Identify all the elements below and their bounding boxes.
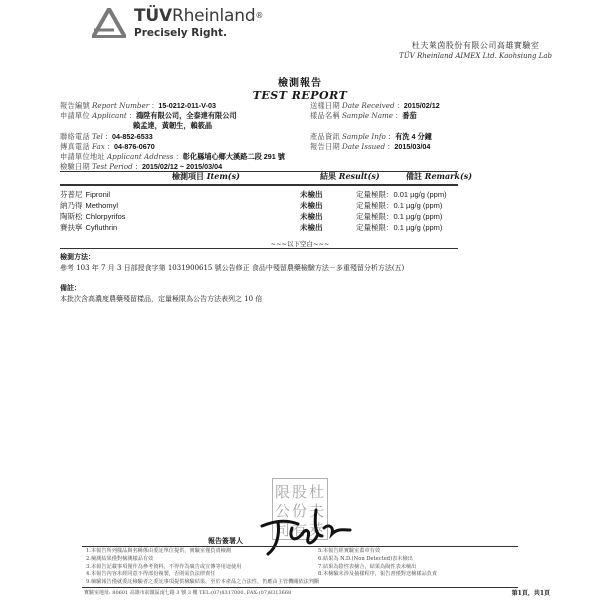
blank-below-marker: ~~~以下空白~~~ (0, 239, 600, 248)
lab-name-en: TÜV Rheinland AIMEX Ltd. Kaohsiung Lab (399, 52, 552, 60)
fine-print-right: 5.本報告經實驗室蓋章有效 6.結果為 N.D.(Non Detected)表未… (318, 548, 437, 579)
footer-rule (82, 587, 518, 588)
header-item: 檢測項目 Item(s) (172, 171, 240, 182)
header-remark: 備註 Remark(s) (406, 171, 472, 182)
method-title: 檢測方法： (60, 252, 95, 262)
lab-name-zh: 杜夫萊茵股份有限公司高雄實驗室 (399, 40, 552, 51)
tuv-logo: TÜVRheinland® Precisely Right. (92, 6, 263, 39)
note-text: 本批次含高濃度農藥殘留樣品，定量極限為公告方法表列之 10 倍 (60, 294, 262, 304)
header-result: 結果 Result(s) (320, 171, 380, 182)
fine-print-top-rule (82, 546, 518, 547)
sample-info-field: 產品資訊Sample Info：有洗 4 分鐘 (310, 132, 432, 142)
table-row: 納乃得Methomyl 未檢出 定量極限：0.1 µg/g (ppm) (60, 200, 460, 210)
date-received-field: 送樣日期Date Received：2015/02/12 (310, 101, 440, 111)
signer-label: 報告簽署人 (208, 536, 243, 546)
table-header-rule (60, 184, 458, 186)
applicant-contacts: 賴孟達，黃韌生，賴筱晶 (133, 121, 212, 131)
fax-field: 傳真電話Fax：04-876-0670 (60, 142, 155, 152)
fine-print-left: 1.本報告所列樣品與名稱係由委託單位提供，實驗室僅負責檢測 2.檢測結果僅對檢測… (86, 548, 319, 587)
report-number-field: 報告編號Report Number：15-0212-011-V-03 (60, 101, 216, 111)
table-top-rule (60, 171, 458, 172)
lab-address: 實驗室地址: 80601 高雄市前鎮區南七路 3 號 3 樓 TEL:(07)8… (84, 589, 291, 596)
lab-name: 杜夫萊茵股份有限公司高雄實驗室 TÜV Rheinland AIMEX Ltd.… (399, 40, 552, 60)
table-row: 賽扶寧Cyfluthrin 未檢出 定量極限：0.1 µg/g (ppm) (60, 222, 460, 232)
applicant-field: 申請單位Applicant：鴻陞有限公司，全泰達有限公司 (60, 111, 237, 121)
address-field: 申請單位地址Applicant Address：彰化縣埔心鄉大溪路二段 291 … (60, 152, 285, 162)
sample-name-field: 樣品名稱Sample Name：番茄 (310, 111, 417, 121)
table-row: 芬普尼Fipronil 未檢出 定量極限：0.01 µg/g (ppm) (60, 189, 460, 199)
table-row: 陶斯松Chlorpyrifos 未檢出 定量極限：0.1 µg/g (ppm) (60, 211, 460, 221)
tel-field: 聯絡電話Tel：04-852-6533 (60, 132, 153, 142)
brand-name: TÜVRheinland® (134, 6, 263, 26)
triangle-logo-icon (92, 8, 126, 38)
date-issued-field: 報告日期Date Issued：2015/03/04 (310, 142, 430, 152)
method-text: 參考 103 年 7 月 3 日部授食字第 1031900615 號公告修正 食… (60, 263, 404, 273)
report-title: 檢測報告 TEST REPORT (0, 74, 600, 102)
page-number: 第1頁，共1頁 (512, 588, 550, 597)
brand-tagline: Precisely Right. (134, 27, 263, 39)
table-bottom-rule (60, 248, 458, 249)
report-title-zh: 檢測報告 (0, 74, 600, 89)
test-report-page: TÜVRheinland® Precisely Right. 杜夫萊茵股份有限公… (0, 0, 600, 600)
note-title: 備註： (60, 283, 81, 293)
